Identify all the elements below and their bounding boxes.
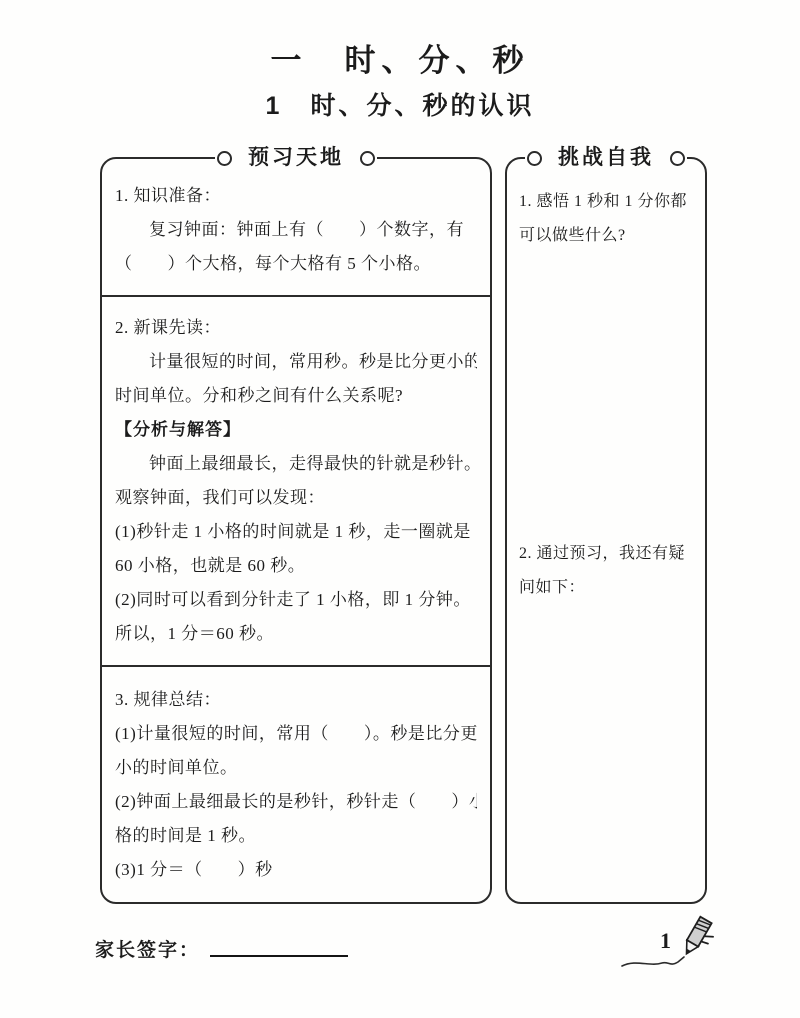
- text-line: (1)计量很短的时间，常用（ ）。秒是比分更: [115, 717, 477, 751]
- parent-signature-label: 家长签字：: [95, 940, 200, 961]
- pencil-icon: [616, 914, 740, 994]
- text-line: 问如下：: [519, 571, 699, 605]
- challenge-item-1: 1. 感悟 1 秒和 1 分你都 可以做些什么?: [519, 185, 693, 253]
- worksheet-page: 一 时、分、秒 1 时、分、秒的认识 预习天地 1. 知识准备： 复习钟面：钟面…: [0, 0, 800, 1018]
- section-heading: 1. 知识准备：: [115, 179, 477, 213]
- text-line: (3)1 分＝（ ）秒: [115, 853, 477, 887]
- text-line: (2)钟面上最细最长的是秒针，秒针走（ ）小: [115, 785, 477, 819]
- challenge-panel: 挑战自我 1. 感悟 1 秒和 1 分你都 可以做些什么? 2. 通过预习，我还…: [505, 157, 707, 904]
- challenge-panel-header: 挑战自我: [525, 144, 687, 172]
- text-line: （ ）个大格，每个大格有 5 个小格。: [115, 247, 477, 281]
- text-line: (2)同时可以看到分针走了 1 小格，即 1 分钟。: [115, 583, 477, 617]
- page-number: 1: [660, 928, 671, 954]
- signature-blank-line: [210, 941, 348, 957]
- ring-icon: [670, 151, 685, 166]
- parent-signature: 家长签字：: [95, 936, 348, 966]
- analysis-heading: 【分析与解答】: [115, 413, 477, 447]
- section-heading: 3. 规律总结：: [115, 683, 477, 717]
- text-line: 复习钟面：钟面上有（ ）个数字，有: [115, 213, 477, 247]
- text-line: (1)秒针走 1 小格的时间就是 1 秒，走一圈就是: [115, 515, 477, 549]
- challenge-panel-title: 挑战自我: [558, 144, 654, 172]
- text-line: 钟面上最细最长，走得最快的针就是秒针。: [115, 447, 477, 481]
- ring-icon: [527, 151, 542, 166]
- text-line: 所以，1 分＝60 秒。: [115, 617, 477, 651]
- text-line: 1. 感悟 1 秒和 1 分你都: [519, 185, 693, 219]
- page-header: 一 时、分、秒 1 时、分、秒的认识: [0, 44, 800, 120]
- text-line: 可以做些什么?: [519, 219, 693, 253]
- text-line: 60 小格，也就是 60 秒。: [115, 549, 477, 583]
- preview-panel: 预习天地 1. 知识准备： 复习钟面：钟面上有（ ）个数字，有 （ ）个大格，每…: [100, 157, 492, 904]
- page-footer: 1: [616, 914, 740, 994]
- section-heading: 2. 新课先读：: [115, 311, 477, 345]
- text-line: 时间单位。分和秒之间有什么关系呢?: [115, 379, 477, 413]
- unit-title: 一 时、分、秒: [0, 44, 800, 78]
- text-line: 2. 通过预习，我还有疑: [519, 537, 699, 571]
- new-lesson-section: 2. 新课先读： 计量很短的时间，常用秒。秒是比分更小的 时间单位。分和秒之间有…: [115, 297, 477, 677]
- text-line: 计量很短的时间，常用秒。秒是比分更小的: [115, 345, 477, 379]
- lesson-title: 1 时、分、秒的认识: [0, 92, 800, 120]
- text-line: 观察钟面，我们可以发现：: [115, 481, 477, 515]
- text-line: 格的时间是 1 秒。: [115, 819, 477, 853]
- knowledge-prep-section: 1. 知识准备： 复习钟面：钟面上有（ ）个数字，有 （ ）个大格，每个大格有 …: [115, 159, 477, 315]
- challenge-item-2: 2. 通过预习，我还有疑 问如下：: [519, 537, 699, 605]
- text-line: 小的时间单位。: [115, 751, 477, 785]
- summary-section: 3. 规律总结： (1)计量很短的时间，常用（ ）。秒是比分更 小的时间单位。 …: [115, 667, 477, 916]
